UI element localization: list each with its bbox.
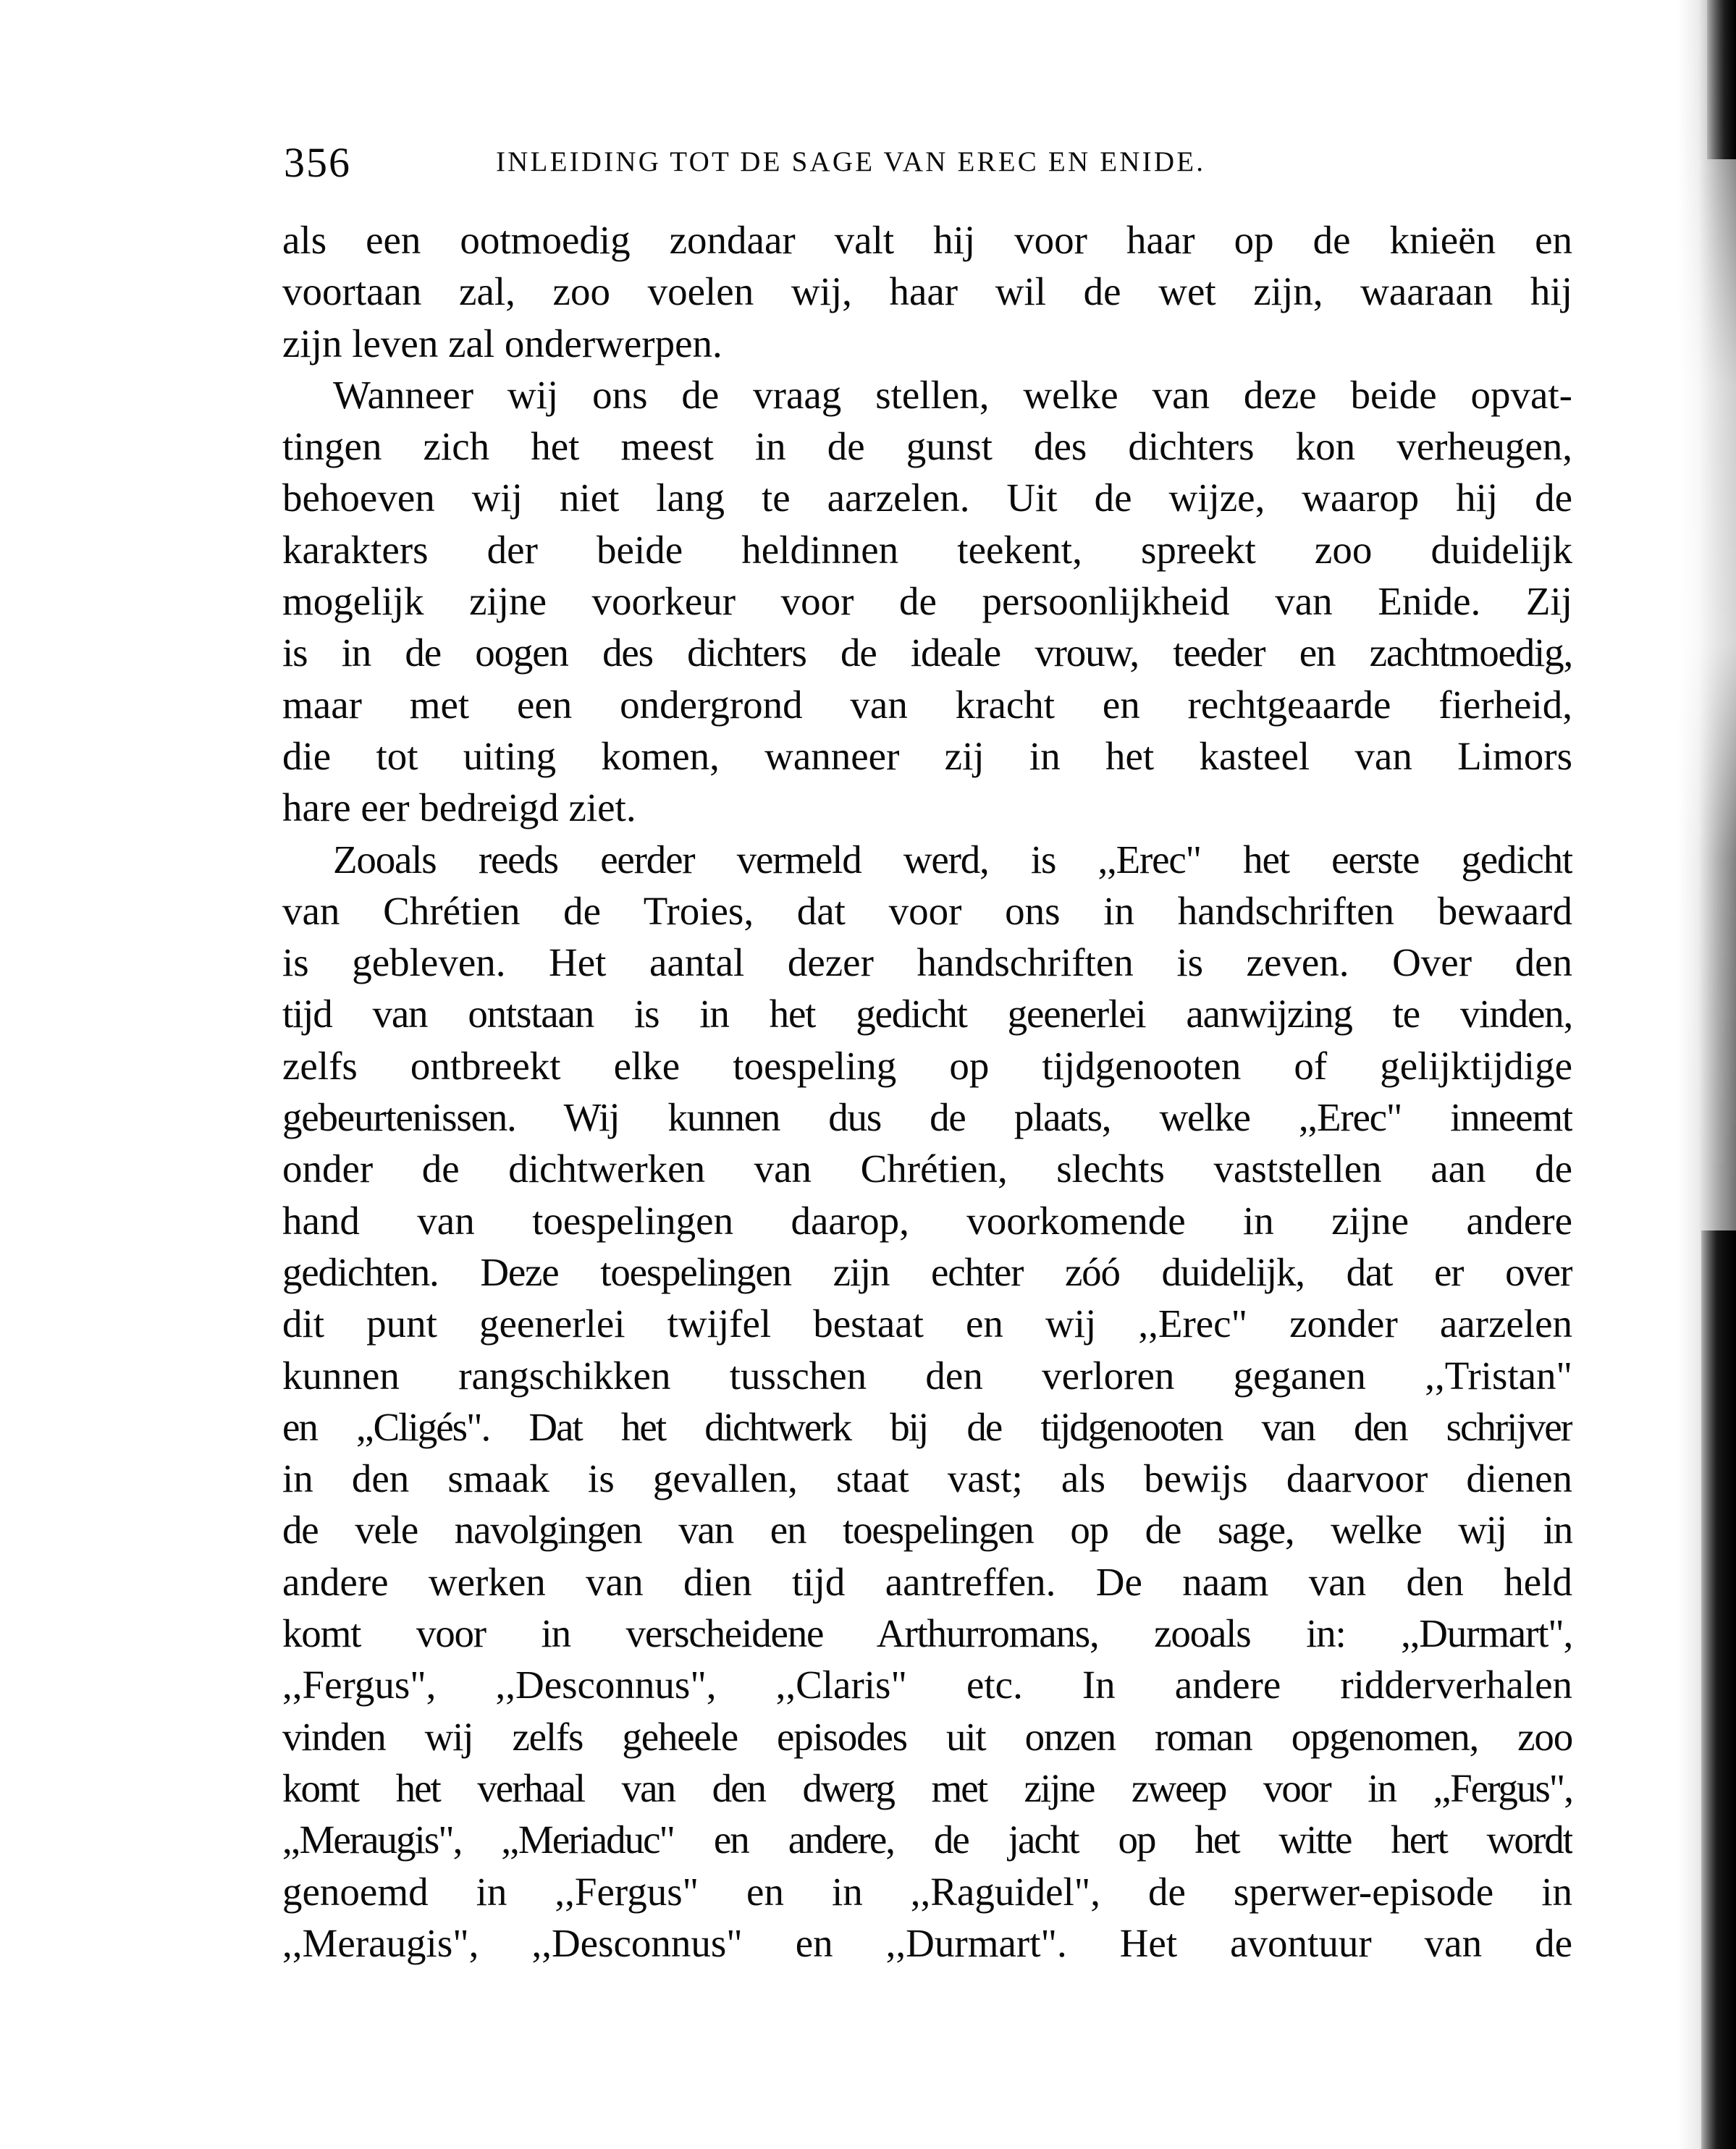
text-line: die tot uiting komen, wanneer zij in het…	[282, 730, 1572, 782]
running-head: 356 INLEIDING TOT DE SAGE VAN EREC EN EN…	[282, 138, 1585, 181]
text-line: andere werken van dien tijd aantreffen. …	[282, 1556, 1572, 1608]
text-line: genoemd in ,,Fergus" en in ,,Raguidel", …	[282, 1866, 1572, 1917]
text-line: maar met een ondergrond van kracht en re…	[282, 679, 1572, 730]
text-line: zelfs ontbreekt elke toespeling op tijdg…	[282, 1040, 1572, 1092]
text-line: ,,Meraugis", ,,Desconnus" en ,,Durmart".…	[282, 1917, 1572, 1969]
text-line-paragraph-start: Wanneer wij ons de vraag stellen, welke …	[282, 369, 1572, 421]
page-number: 356	[284, 142, 351, 184]
text-line: vinden wij zelfs geheele episodes uit on…	[282, 1711, 1572, 1762]
text-line: van Chrétien de Troies, dat voor ons in …	[282, 885, 1572, 937]
text-line: mogelijk zijne voorkeur voor de persoonl…	[282, 575, 1572, 627]
text-line: als een ootmoedig zondaar valt hij voor …	[282, 214, 1572, 266]
text-line: is in de oogen des dichters de ideale vr…	[282, 627, 1572, 678]
text-line: in den smaak is gevallen, staat vast; al…	[282, 1453, 1572, 1504]
text-line-paragraph-start: Zooals reeds eerder vermeld werd, is ,,E…	[282, 834, 1572, 885]
text-line: is gebleven. Het aantal dezer handschrif…	[282, 937, 1572, 988]
text-line: tingen zich het meest in de gunst des di…	[282, 421, 1572, 472]
text-line: gedichten. Deze toespelingen zijn echter…	[282, 1246, 1572, 1298]
book-page: 356 INLEIDING TOT DE SAGE VAN EREC EN EN…	[0, 0, 1736, 2149]
text-line: dit punt geenerlei twijfel bestaat en wi…	[282, 1298, 1572, 1349]
text-line: behoeven wij niet lang te aarzelen. Uit …	[282, 472, 1572, 523]
scanned-page-edge-shadow-top	[1707, 0, 1736, 159]
text-line: kunnen rangschikken tusschen den verlore…	[282, 1350, 1572, 1401]
running-title: INLEIDING TOT DE SAGE VAN EREC EN ENIDE.	[496, 148, 1205, 177]
text-line: komt voor in verscheidene Arthurromans, …	[282, 1608, 1572, 1659]
text-line: ,,Fergus", ,,Desconnus", ,,Claris" etc. …	[282, 1659, 1572, 1710]
text-line-paragraph-end: zijn leven zal onderwerpen.	[282, 318, 1572, 369]
text-line: tijd van ontstaan is in het gedicht geen…	[282, 988, 1572, 1039]
text-line: onder de dichtwerken van Chrétien, slech…	[282, 1143, 1572, 1194]
text-line: hand van toespelingen daarop, voorkomend…	[282, 1195, 1572, 1246]
text-line-paragraph-end: hare eer bedreigd ziet.	[282, 782, 1572, 833]
text-line: gebeurtenissen. Wij kunnen dus de plaats…	[282, 1092, 1572, 1143]
text-line: komt het verhaal van den dwerg met zijne…	[282, 1762, 1572, 1814]
body-text: als een ootmoedig zondaar valt hij voor …	[282, 214, 1572, 1969]
scanned-page-edge-shadow-bottom	[1701, 1230, 1736, 2149]
text-line: de vele navolgingen van en toespelingen …	[282, 1504, 1572, 1555]
text-line: voortaan zal, zoo voelen wij, haar wil d…	[282, 266, 1572, 317]
text-line: karakters der beide heldinnen teekent, s…	[282, 524, 1572, 575]
text-line: ,,Meraugis", ,,Meriaduc" en andere, de j…	[282, 1814, 1572, 1865]
text-line: en ,,Cligés". Dat het dichtwerk bij de t…	[282, 1401, 1572, 1453]
